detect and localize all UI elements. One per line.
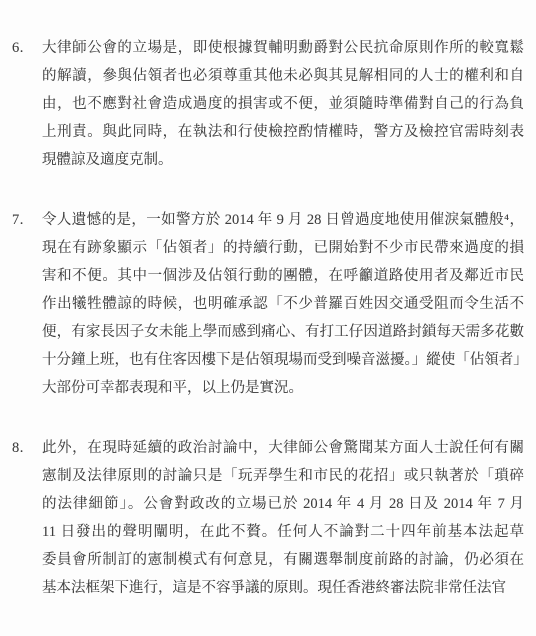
text-line: 現體諒及適度克制。 [42,146,524,174]
paragraph: 7.令人遺憾的是，一如警方於 2014 年 9 月 28 日曾過度地使用催淚氣體… [12,206,524,402]
paragraph-list: 6.大律師公會的立場是，即使根據賀輔明勳爵對公民抗命原則作所的較寬鬆的解讀，參與… [12,34,524,602]
text-line: 11 日發出的聲明闡明，在此不贅。任何人不論對二十四年前基本法起草 [42,518,524,546]
text-line: 作出犧牲體諒的時候，也明確承認「不少普羅百姓因交通受阻而令生活不 [42,290,524,318]
text-line: 的解讀，參與佔領者也必須尊重其他未必與其見解相同的人士的權利和自 [42,62,524,90]
text-line: 十分鐘上班，也有住客因樓下是佔領現場而受到噪音滋擾。」縱使「佔領者」 [42,346,524,374]
text-line: 由，也不應對社會造成過度的損害或不便，並須隨時準備對自己的行為負 [42,90,524,118]
text-line: 的法律細節」。公會對政改的立場已於 2014 年 4 月 28 日及 2014 … [42,490,524,518]
text-line: 上刑責。與此同時，在執法和行使檢控酌情權時，警方及檢控官需時刻表 [42,118,524,146]
paragraph-number: 8. [12,434,42,602]
text-line: 委員會所制訂的憲制模式有何意見，有關選舉制度前路的討論，仍必須在 [42,546,524,574]
text-line: 憲制及法律原則的討論只是「玩弄學生和市民的花招」或只執著於「瑣碎 [42,462,524,490]
document-page: 6.大律師公會的立場是，即使根據賀輔明勳爵對公民抗命原則作所的較寬鬆的解讀，參與… [0,0,536,636]
text-line: 害和不便。其中一個涉及佔領行動的團體，在呼籲道路使用者及鄰近市民 [42,262,524,290]
text-line: 大部份可幸都表現和平，以上仍是實況。 [42,374,524,402]
text-line: 大律師公會的立場是，即使根據賀輔明勳爵對公民抗命原則作所的較寬鬆 [42,34,524,62]
paragraph-number: 6. [12,34,42,174]
text-line: 基本法框架下進行，這是不容爭議的原則。現任香港終審法院非常任法官 [42,574,524,602]
paragraph-body: 大律師公會的立場是，即使根據賀輔明勳爵對公民抗命原則作所的較寬鬆的解讀，參與佔領… [42,34,524,174]
text-line: 現在有跡象顯示「佔領者」的持續行動，已開始對不少市民帶來過度的損 [42,234,524,262]
text-line: 便，有家長因子女未能上學而感到痛心、有打工仔因道路封鎖每天需多花數 [42,318,524,346]
text-line: 令人遺憾的是，一如警方於 2014 年 9 月 28 日曾過度地使用催淚氣體般⁴… [42,206,524,234]
paragraph-body: 令人遺憾的是，一如警方於 2014 年 9 月 28 日曾過度地使用催淚氣體般⁴… [42,206,524,402]
text-line: 此外，在現時延續的政治討論中，大律師公會驚聞某方面人士說任何有關 [42,434,524,462]
paragraph-body: 此外，在現時延續的政治討論中，大律師公會驚聞某方面人士說任何有關憲制及法律原則的… [42,434,524,602]
paragraph: 6.大律師公會的立場是，即使根據賀輔明勳爵對公民抗命原則作所的較寬鬆的解讀，參與… [12,34,524,174]
paragraph-number: 7. [12,206,42,402]
paragraph: 8.此外，在現時延續的政治討論中，大律師公會驚聞某方面人士說任何有關憲制及法律原… [12,434,524,602]
